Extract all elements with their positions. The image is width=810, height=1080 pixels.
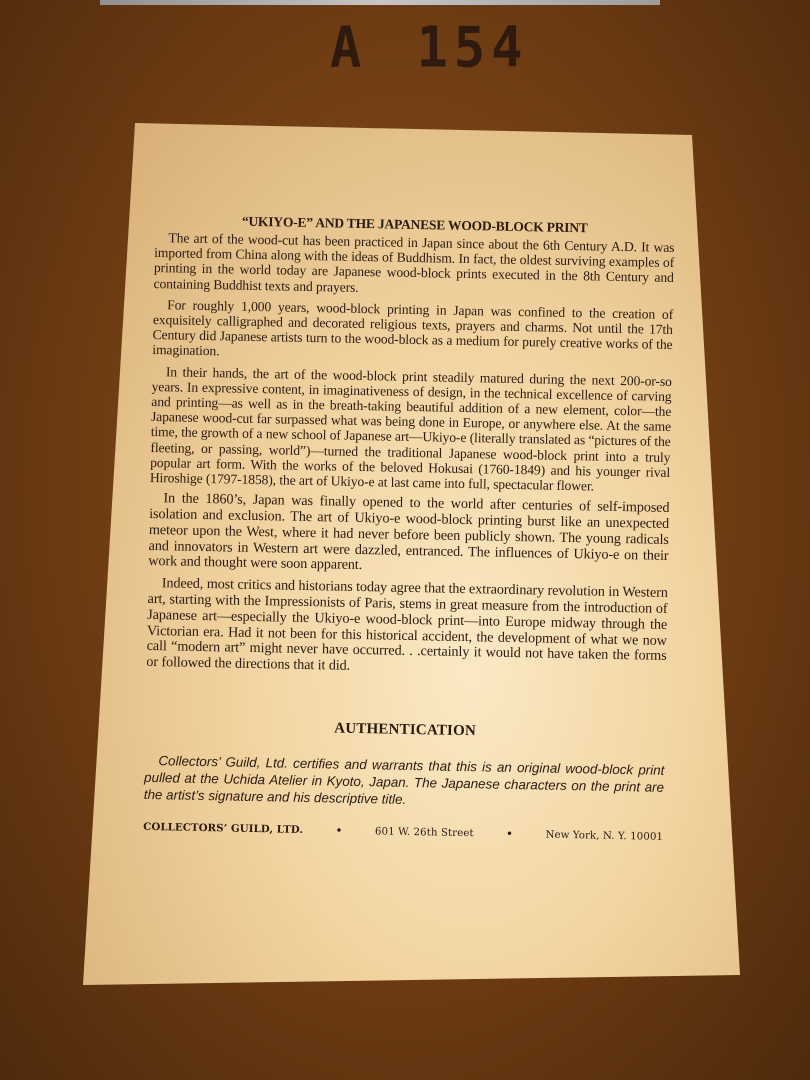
paragraph-2: For roughly 1,000 years, wood-block prin… [152, 297, 673, 368]
authentication-text: Collectors’ Guild, Ltd. certifies and wa… [144, 752, 665, 813]
paragraph-4: In the 1860’s, Japan was finally opened … [148, 491, 669, 580]
paragraph-5: Indeed, most critics and historians toda… [146, 576, 668, 681]
street-address: 601 W. 26th Street [375, 826, 474, 839]
frame-edge [100, 0, 660, 5]
bullet-separator: • [496, 828, 523, 840]
bullet-separator: • [326, 825, 353, 837]
authentication-heading: AUTHENTICATION [145, 717, 665, 744]
city-address: New York, N. Y. 10001 [545, 829, 663, 842]
catalog-number: A 154 [330, 16, 530, 81]
document-content: “UKIYO-E” AND THE JAPANESE WOOD-BLOCK PR… [143, 212, 675, 843]
paragraph-3: In their hands, the art of the wood-bloc… [150, 364, 672, 496]
paragraph-1: The art of the wood-cut has been practic… [153, 230, 674, 301]
